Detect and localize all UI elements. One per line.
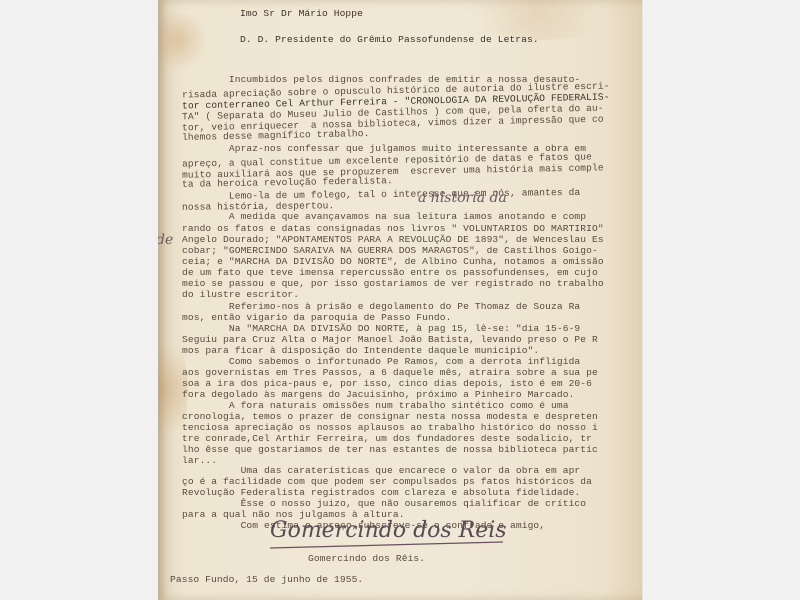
body-line: tenciosa apreciação os nossos aplausos a… [182,422,598,433]
body-line: Referimo-nos à prisão e degolamento do P… [182,301,580,312]
body-line: mos para ficar à disposição do Intendent… [182,345,539,356]
place-date: Passo Fundo, 15 de junho de 1955. [170,574,363,585]
body-line: Na "MARCHA DA DIVISÃO DO NORTE, à pag 15… [182,323,580,334]
body-line: Angelo Dourado; "APONTAMENTOS PARA A REV… [182,234,604,245]
paper-stain [158,10,208,70]
body-line: cronologia, temos o prazer de consignar … [182,411,598,422]
body-line: tre conrade,Cel Arthir Ferreira, um dos … [182,433,592,444]
body-line: cobar; "GOMERCINDO SARAIVA NA GUERRA DOS… [182,245,598,256]
body-line: mos, então vigario da paroquia de Passo … [182,312,451,323]
body-line: aos governistas em Tres Passos, a 6 daqu… [182,367,598,378]
handwritten-insertion: a historia da [418,190,507,206]
body-line: A medida que avançavamos na sua leitura … [182,211,586,222]
body-line: soa a ira dos pica-paus e, por isso, cin… [182,378,592,389]
letter-page: Imo Sr Dr Mário Hoppe D. D. Presidente d… [158,0,642,600]
addressee-title: D. D. Presidente do Grêmio Passofundense… [240,34,539,45]
body-line: Como sabemos o infortunado Pe Ramos, com… [182,356,580,367]
body-line: ço é a facilidade com que podem ser comp… [182,476,592,487]
body-line: Revolução Federalista registrados com cl… [182,487,580,498]
body-line: ceia; e "MARCHA DA DIVISÃO DO NORTE", de… [182,256,604,267]
body-line: de um fato que teve imensa repercussão e… [182,267,598,278]
body-line: fora degolado às margens do Jacuisinho, … [182,389,574,400]
addressee: Imo Sr Dr Mário Hoppe [240,8,363,19]
body-line: ta da heroica revolução federalista. [182,175,393,190]
body-line: Uma das caraterísticas que encarece o va… [182,465,580,476]
body-line: Lemo-la de um folego, tal o interesse qu… [182,187,580,202]
body-line: Êsse o nosso juizo, que não ousaremos qi… [182,498,586,509]
body-line: lho êsse que gostariamos de ter nas esta… [182,444,598,455]
typed-signature-name: Gomercindo dos Rêis. [308,553,425,564]
body-line: Seguiu para Cruz Alta o Major Manoel Joã… [182,334,598,345]
body-line: A fora naturais omissões num trabalho si… [182,400,569,411]
body-line: rando os fatos e datas consignadas nos l… [182,223,604,234]
body-line: do ilustre escritor. [182,289,299,300]
handwritten-margin-note: de [158,232,173,248]
body-line: meio se passou e que, por isso gostariam… [182,278,604,289]
